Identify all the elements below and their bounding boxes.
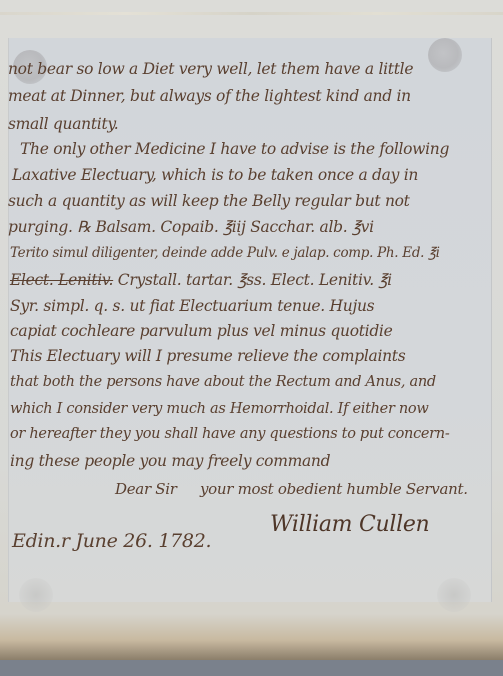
text-line: which I consider very much as Hemorrhoid… <box>10 401 428 417</box>
valediction: your most obedient humble Servant. <box>200 480 468 498</box>
text-line: This Electuary will I presume relieve th… <box>10 347 405 365</box>
signature: William Cullen <box>270 512 429 537</box>
text-line: not bear so low a Diet very well, let th… <box>8 60 413 78</box>
salutation: Dear Sir <box>115 480 177 498</box>
text-line: purging. ℞ Balsam. Copaib. ℥iij Sacchar.… <box>8 218 374 236</box>
text-line: small quantity. <box>8 115 118 133</box>
handwritten-text: not bear so low a Diet very well, let th… <box>0 0 503 676</box>
text-line: such a quantity as will keep the Belly r… <box>8 192 410 210</box>
text-line: that both the persons have about the Rec… <box>10 374 436 390</box>
text-line: Syr. simpl. q. s. ut fiat Electuarium te… <box>10 297 374 315</box>
text-line: The only other Medicine I have to advise… <box>20 140 449 158</box>
text-line: or hereafter they you shall have any que… <box>10 426 449 442</box>
text-line: Laxative Electuary, which is to be taken… <box>12 166 418 184</box>
text-line-with-strikeout: Elect. Lenitiv. Crystall. tartar. ℥ss. E… <box>10 271 392 289</box>
text-fragment: Crystall. tartar. ℥ss. Elect. Lenitiv. ℥… <box>118 271 392 289</box>
text-line: meat at Dinner, but always of the lighte… <box>8 87 411 105</box>
text-line: ing these people you may freely command <box>10 452 330 470</box>
text-line: capiat cochleare parvulum plus vel minus… <box>10 322 392 340</box>
struck-out-text: Elect. Lenitiv. <box>10 271 113 289</box>
place-date: Edin.r June 26. 1782. <box>12 530 211 552</box>
text-line: Terito simul diligenter, deinde adde Pul… <box>10 245 440 261</box>
